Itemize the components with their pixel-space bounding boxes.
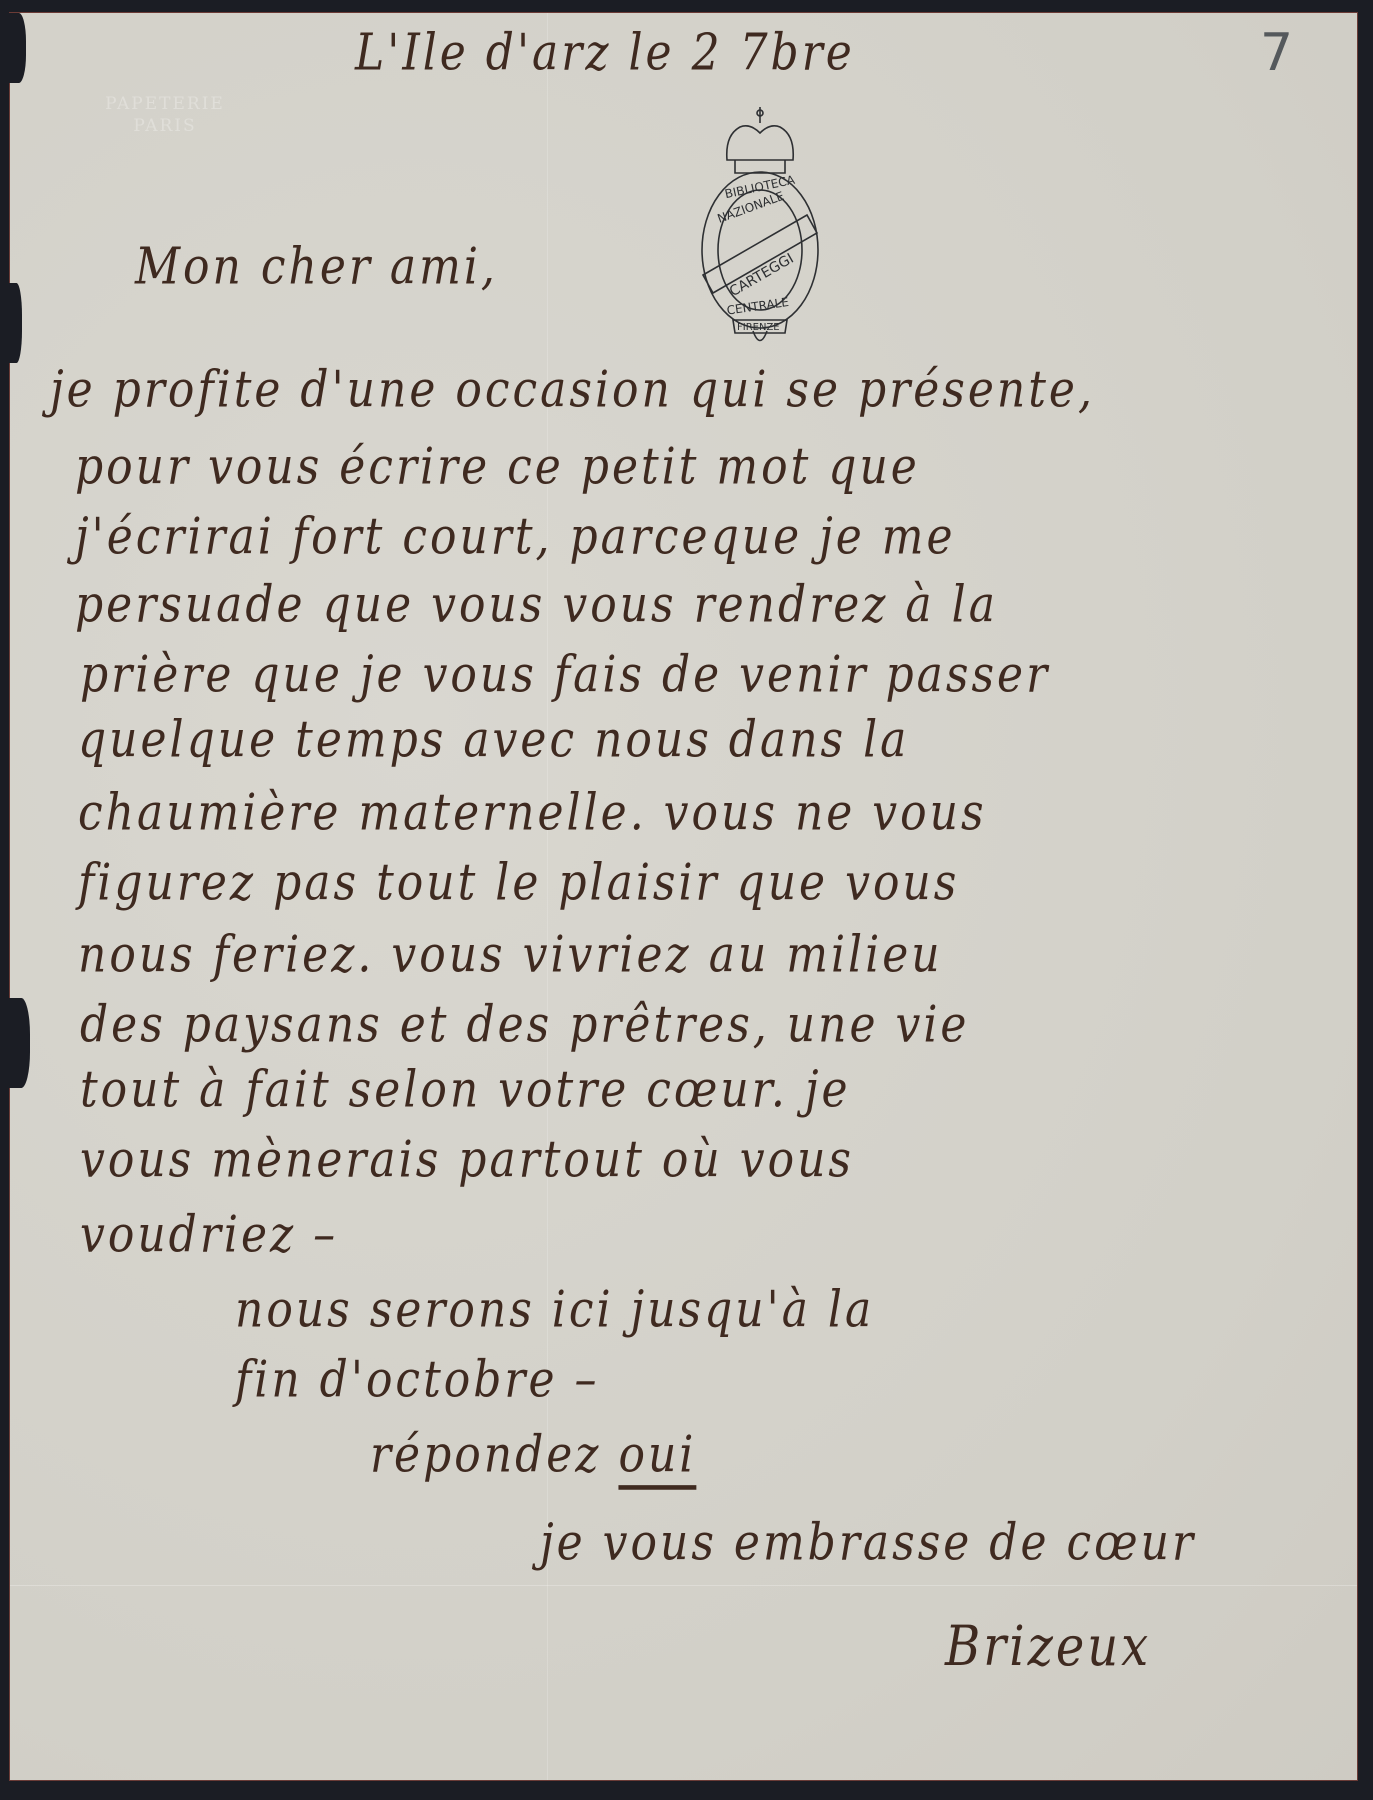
fold-line xyxy=(10,1585,1357,1586)
body-line: prière que je vous fais de venir passer xyxy=(80,645,1050,704)
salutation: Mon cher ami, xyxy=(135,237,498,296)
stamp-text: FIRENZE xyxy=(737,322,780,333)
letter-header-date: L'Ile d'arz le 2 7bre xyxy=(355,23,855,82)
signature: Brizeux xyxy=(945,1615,1151,1679)
torn-edge xyxy=(8,13,26,83)
body-line: je profite d'une occasion qui se présent… xyxy=(50,360,1095,419)
page-number: 7 xyxy=(1260,23,1293,83)
body-line: fin d'octobre – xyxy=(235,1350,599,1409)
watermark-line: PAPETERIE xyxy=(105,93,225,115)
reply-text: répondez xyxy=(370,1425,601,1484)
watermark-line: PARIS xyxy=(105,115,225,137)
body-line: nous serons ici jusqu'à la xyxy=(235,1280,874,1339)
library-stamp-icon: BIBLIOTECA NAZIONALE CARTEGGI CENTRALE F… xyxy=(695,105,825,345)
body-line: persuade que vous vous rendrez à la xyxy=(75,575,998,634)
body-line: chaumière maternelle. vous ne vous xyxy=(78,783,987,842)
torn-edge xyxy=(8,283,22,363)
body-line: j'écrirai fort court, parceque je me xyxy=(75,507,956,566)
body-line: nous feriez. vous vivriez au milieu xyxy=(78,925,943,984)
body-line: voudriez – xyxy=(80,1205,338,1264)
body-line: figurez pas tout le plaisir que vous xyxy=(78,853,959,912)
closing-embrace: je vous embrasse de cœur xyxy=(540,1513,1196,1572)
body-line: pour vous écrire ce petit mot que xyxy=(75,437,920,496)
closing-reply: répondez oui xyxy=(370,1425,696,1484)
body-line: quelque temps avec nous dans la xyxy=(78,710,909,769)
body-line: tout à fait selon votre cœur. je xyxy=(80,1060,851,1119)
torn-edge xyxy=(8,998,30,1088)
stamp-text: CARTEGGI xyxy=(727,251,797,301)
body-line: vous mènerais partout où vous xyxy=(80,1130,854,1189)
body-line: des paysans et des prêtres, une vie xyxy=(80,995,969,1054)
paper-watermark: PAPETERIE PARIS xyxy=(105,93,225,137)
reply-emphasis: oui xyxy=(618,1425,696,1484)
letter-page: PAPETERIE PARIS 7 L'Ile d'arz le 2 7bre … xyxy=(10,13,1357,1780)
